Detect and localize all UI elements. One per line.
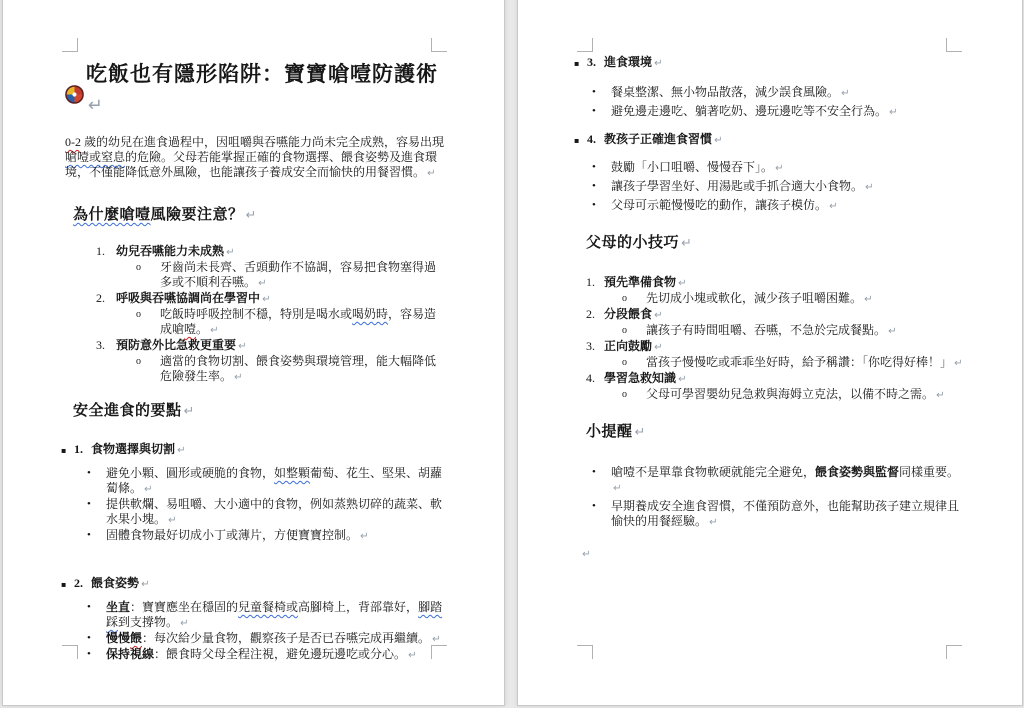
round-bullet: • bbox=[592, 499, 611, 530]
list-number: 1. bbox=[586, 275, 604, 291]
why-item-2-title[interactable]: 2. 呼吸與吞嚥協調尚在學習中↵ bbox=[65, 291, 444, 307]
circle-bullet: o bbox=[622, 323, 646, 339]
colorful-ball-icon bbox=[65, 82, 84, 101]
why-item-3-title[interactable]: 3. 預防意外比急救更重要↵ bbox=[65, 338, 444, 354]
round-bullet: • bbox=[592, 85, 611, 101]
bullet-item[interactable]: • 父母可示範慢慢吃的動作，讓孩子模仿。↵ bbox=[578, 198, 968, 214]
page-1-content: 吃飯也有隱形陷阱：寶寶嗆噎防護術↵ 0-2 歲的幼兒在進食過程中，因咀嚼與吞嚥能… bbox=[3, 0, 504, 663]
circle-bullet: o bbox=[136, 354, 160, 385]
round-bullet: • bbox=[592, 465, 611, 496]
reminder-bullets: • 嗆噎不是單靠食物軟硬就能完全避免，餵食姿勢與監督同樣重要。↵ • 早期養成安… bbox=[578, 465, 968, 530]
tip-1-detail[interactable]: o 先切成小塊或軟化，減少孩子咀嚼困難。↵ bbox=[578, 291, 968, 307]
why-item-1-title[interactable]: 1. 幼兒吞嚥能力未成熟↵ bbox=[65, 244, 444, 260]
list-number: 4. bbox=[587, 132, 604, 148]
section-3-bullets: • 餐桌整潔、無小物品散落，減少誤食風險。↵ • 避免邊走邊吃、躺著吃奶、邊玩邊… bbox=[578, 85, 968, 120]
section-1-bullets: • 避免小顆、圓形或硬脆的食物，如整顆葡萄、花生、堅果、胡蘿蔔條。↵ • 提供軟… bbox=[65, 466, 444, 544]
circle-bullet: o bbox=[622, 387, 646, 403]
round-bullet: • bbox=[87, 466, 106, 497]
page-2-content: ▪ 3. 進食環境↵ • 餐桌整潔、無小物品散落，減少誤食風險。↵ • 避免邊走… bbox=[518, 0, 1022, 562]
section-3-title[interactable]: ▪ 3. 進食環境↵ bbox=[574, 55, 968, 71]
bullet-item[interactable]: • 嗆噎不是單靠食物軟硬就能完全避免，餵食姿勢與監督同樣重要。↵ bbox=[578, 465, 968, 496]
tip-4-detail[interactable]: o 父母可學習嬰幼兒急救與海姆立克法，以備不時之需。↵ bbox=[578, 387, 968, 403]
section-4-title[interactable]: ▪ 4. 教孩子正確進食習慣↵ bbox=[574, 132, 968, 148]
section-2-bullets: • 坐直：寶寶應坐在穩固的兒童餐椅或高腳椅上，背部靠好，腳踏踩到支撐物。↵ • … bbox=[65, 600, 444, 663]
square-bullet: ▪ bbox=[574, 132, 587, 148]
bullet-item[interactable]: • 餐桌整潔、無小物品散落，減少誤食風險。↵ bbox=[578, 85, 968, 101]
bullet-item[interactable]: • 慢慢餵：每次給少量食物，觀察孩子是否已吞嚥完成再繼續。↵ bbox=[65, 631, 444, 647]
round-bullet: • bbox=[592, 104, 611, 120]
section-2-title[interactable]: ▪ 2. 餵食姿勢↵ bbox=[61, 576, 444, 592]
round-bullet: • bbox=[87, 497, 106, 528]
why-item-1-detail[interactable]: o 牙齒尚未長齊、舌頭動作不協調，容易把食物塞得過多或不順利吞嚥。↵ bbox=[65, 260, 444, 291]
intro-paragraph[interactable]: 0-2 歲的幼兒在進食過程中，因咀嚼與吞嚥能力尚未完全成熟，容易出現嗆噎或窒息的… bbox=[65, 135, 444, 181]
round-bullet: • bbox=[87, 528, 106, 544]
document-title[interactable]: 吃飯也有隱形陷阱：寶寶嗆噎防護術↵ bbox=[65, 59, 444, 121]
bullet-item[interactable]: • 讓孩子學習坐好、用湯匙或手抓合適大小食物。↵ bbox=[578, 179, 968, 195]
square-bullet: ▪ bbox=[61, 442, 74, 458]
document-title-text: 吃飯也有隱形陷阱：寶寶嗆噎防護術↵ bbox=[86, 59, 444, 121]
round-bullet: • bbox=[592, 160, 611, 176]
margin-crop-mark bbox=[577, 645, 593, 659]
list-number: 2. bbox=[96, 291, 116, 307]
round-bullet: • bbox=[592, 198, 611, 214]
list-number: 3. bbox=[587, 55, 604, 71]
margin-crop-mark bbox=[946, 645, 962, 659]
circle-bullet: o bbox=[622, 291, 646, 307]
circle-bullet: o bbox=[136, 307, 160, 338]
list-number: 3. bbox=[96, 338, 116, 354]
bullet-item[interactable]: • 坐直：寶寶應坐在穩固的兒童餐椅或高腳椅上，背部靠好，腳踏踩到支撐物。↵ bbox=[65, 600, 444, 631]
heading-reminder[interactable]: 小提醒↵ bbox=[586, 422, 968, 443]
square-bullet: ▪ bbox=[574, 55, 587, 71]
heading-parent-tips[interactable]: 父母的小技巧↵ bbox=[586, 233, 968, 254]
square-bullet: ▪ bbox=[61, 576, 74, 592]
list-number: 4. bbox=[586, 371, 604, 387]
tip-3-title[interactable]: 3. 正向鼓勵↵ bbox=[578, 339, 968, 355]
list-number: 3. bbox=[586, 339, 604, 355]
list-number: 1. bbox=[96, 244, 116, 260]
page-2[interactable]: ▪ 3. 進食環境↵ • 餐桌整潔、無小物品散落，減少誤食風險。↵ • 避免邊走… bbox=[517, 0, 1023, 706]
list-number: 2. bbox=[74, 576, 91, 592]
circle-bullet: o bbox=[622, 355, 646, 371]
heading-why-risk[interactable]: 為什麼嗆噎風險要注意？↵ bbox=[73, 205, 444, 226]
tip-4-title[interactable]: 4. 學習急救知識↵ bbox=[578, 371, 968, 387]
heading-safe-eating[interactable]: 安全進食的要點↵ bbox=[73, 401, 444, 422]
empty-paragraph-mark[interactable]: ↵ bbox=[580, 546, 968, 562]
tip-3-detail[interactable]: o 當孩子慢慢吃或乖乖坐好時，給予稱讚：「你吃得好棒！」↵ bbox=[578, 355, 968, 371]
round-bullet: • bbox=[592, 179, 611, 195]
tip-2-title[interactable]: 2. 分段餵食↵ bbox=[578, 307, 968, 323]
bullet-item[interactable]: • 避免小顆、圓形或硬脆的食物，如整顆葡萄、花生、堅果、胡蘿蔔條。↵ bbox=[65, 466, 444, 497]
circle-bullet: o bbox=[136, 260, 160, 291]
bullet-item[interactable]: • 提供軟爛、易咀嚼、大小適中的食物，例如蒸熟切碎的蔬菜、軟水果小塊。↵ bbox=[65, 497, 444, 528]
round-bullet: • bbox=[87, 600, 106, 631]
bullet-item[interactable]: • 避免邊走邊吃、躺著吃奶、邊玩邊吃等不安全行為。↵ bbox=[578, 104, 968, 120]
bullet-item[interactable]: • 固體食物最好切成小丁或薄片，方便寶寶控制。↵ bbox=[65, 528, 444, 544]
tip-2-detail[interactable]: o 讓孩子有時間咀嚼、吞嚥，不急於完成餐點。↵ bbox=[578, 323, 968, 339]
list-number: 1. bbox=[74, 442, 91, 458]
section-1-title[interactable]: ▪ 1. 食物選擇與切割↵ bbox=[61, 442, 444, 458]
bullet-item[interactable]: • 早期養成安全進食習慣，不僅預防意外，也能幫助孩子建立規律且愉快的用餐經驗。↵ bbox=[578, 499, 968, 530]
tip-1-title[interactable]: 1. 預先準備食物↵ bbox=[578, 275, 968, 291]
why-item-3-detail[interactable]: o 適當的食物切割、餵食姿勢與環境管理，能大幅降低危險發生率。↵ bbox=[65, 354, 444, 385]
round-bullet: • bbox=[87, 631, 106, 647]
round-bullet: • bbox=[87, 647, 106, 663]
bullet-item[interactable]: • 鼓勵「小口咀嚼、慢慢吞下」。↵ bbox=[578, 160, 968, 176]
bullet-item[interactable]: • 保持視線：餵食時父母全程注視，避免邊玩邊吃或分心。↵ bbox=[65, 647, 444, 663]
page-1[interactable]: 吃飯也有隱形陷阱：寶寶嗆噎防護術↵ 0-2 歲的幼兒在進食過程中，因咀嚼與吞嚥能… bbox=[2, 0, 505, 706]
why-item-2-detail[interactable]: o 吃飯時呼吸控制不穩，特別是喝水或喝奶時，容易造成嗆噎。↵ bbox=[65, 307, 444, 338]
section-4-bullets: • 鼓勵「小口咀嚼、慢慢吞下」。↵ • 讓孩子學習坐好、用湯匙或手抓合適大小食物… bbox=[578, 160, 968, 214]
list-number: 2. bbox=[586, 307, 604, 323]
